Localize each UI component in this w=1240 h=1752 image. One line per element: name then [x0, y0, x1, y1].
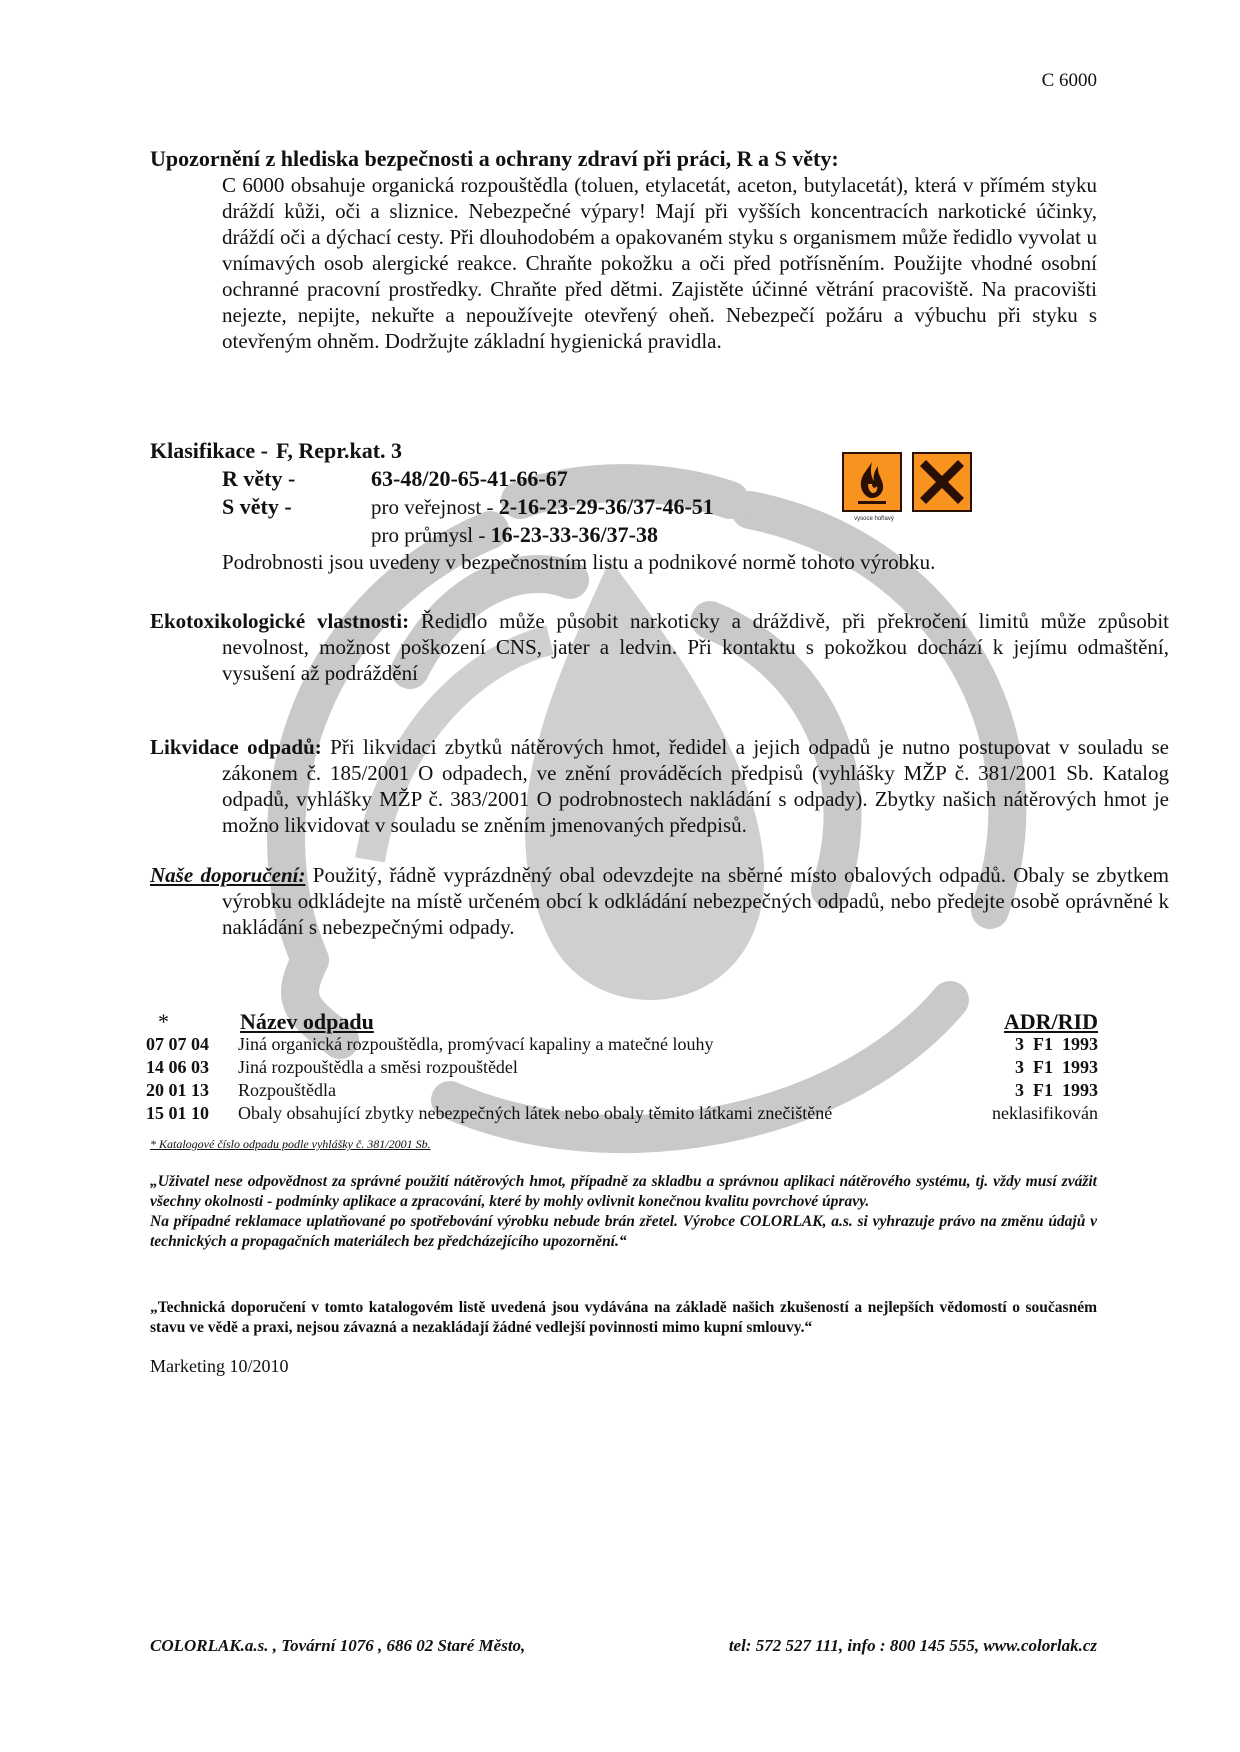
table-row: 07 07 04 Jiná organická rozpouštědla, pr…	[146, 1033, 1098, 1056]
r-phrases-value: 63-48/20-65-41-66-67	[371, 466, 568, 491]
r-phrases-label: R věty -	[222, 466, 371, 492]
header-star: *	[146, 1010, 234, 1033]
document-id: C 6000	[900, 70, 1097, 92]
flame-pictogram-label: vysoce hořlavý	[842, 516, 906, 522]
recommendation-heading: Naše doporučení:	[150, 863, 305, 887]
ecotox-section: Ekotoxikologické vlastnosti: Ředidlo můž…	[150, 608, 1169, 686]
disclaimer-paragraph-1: „Uživatel nese odpovědnost za správné po…	[150, 1172, 1097, 1212]
user-responsibility-disclaimer: „Uživatel nese odpovědnost za správné po…	[150, 1172, 1097, 1252]
s-public-prefix: pro veřejnost -	[371, 495, 499, 519]
waste-code: 07 07 04	[146, 1033, 234, 1056]
classification-line: Klasifikace - F, Repr.kat. 3	[150, 438, 402, 464]
waste-adr: neklasifikován	[968, 1102, 1098, 1125]
r-phrases-row: R věty -63-48/20-65-41-66-67	[222, 466, 568, 492]
waste-code: 15 01 10	[146, 1102, 234, 1125]
marketing-date: Marketing 10/2010	[150, 1356, 288, 1377]
waste-adr: 3 F1 1993	[968, 1033, 1098, 1056]
waste-table-footnote: * Katalogové číslo odpadu podle vyhlášky…	[150, 1137, 431, 1152]
recommendation-text: Použitý, řádně vyprázdněný obal odevzdej…	[222, 863, 1169, 939]
disposal-text: Při likvidaci zbytků nátěrových hmot, ře…	[222, 735, 1169, 837]
document-page: C 6000 Upozornění z hlediska bezpečnosti…	[0, 0, 1240, 1752]
footer-contact[interactable]: tel: 572 527 111, info : 800 145 555, ww…	[729, 1636, 1097, 1656]
page-footer: COLORLAK.a.s. , Tovární 1076 , 686 02 St…	[150, 1636, 1097, 1656]
waste-table: * Název odpadu ADR/RID 07 07 04 Jiná org…	[146, 1010, 1098, 1125]
waste-name: Jiná organická rozpouštědla, promývací k…	[234, 1033, 968, 1056]
waste-name: Jiná rozpouštědla a směsi rozpouštědel	[234, 1056, 968, 1079]
header-waste-name: Název odpadu	[234, 1010, 968, 1033]
table-row: 15 01 10 Obaly obsahující zbytky nebezpe…	[146, 1102, 1098, 1125]
s-public-value: 2-16-23-29-36/37-46-51	[499, 494, 714, 519]
waste-code: 20 01 13	[146, 1079, 234, 1102]
flame-icon	[842, 452, 902, 512]
safety-text: C 6000 obsahuje organická rozpouštědla (…	[222, 172, 1097, 354]
footer-address: COLORLAK.a.s. , Tovární 1076 , 686 02 St…	[150, 1636, 525, 1656]
technical-recommendation-disclaimer: „Technická doporučení v tomto katalogové…	[150, 1298, 1097, 1338]
waste-name: Obaly obsahující zbytky nebezpečných lát…	[234, 1102, 968, 1125]
cross-x-icon	[912, 452, 972, 512]
disposal-heading: Likvidace odpadů:	[150, 735, 322, 759]
recommendation-section: Naše doporučení: Použitý, řádně vyprázdn…	[150, 862, 1169, 940]
waste-adr: 3 F1 1993	[968, 1079, 1098, 1102]
s-phrases-row: S věty -pro veřejnost - 2-16-23-29-36/37…	[222, 494, 714, 520]
s-industry-value: 16-23-33-36/37-38	[491, 522, 658, 547]
disposal-section: Likvidace odpadů: Při likvidaci zbytků n…	[150, 734, 1169, 838]
s-industry-prefix: pro průmysl -	[371, 523, 491, 547]
classification-label: Klasifikace -	[150, 438, 268, 463]
classification-details: Podrobnosti jsou uvedeny v bezpečnostním…	[222, 550, 935, 575]
s-industry-row: pro průmysl - 16-23-33-36/37-38	[371, 522, 658, 548]
table-row: 20 01 13 Rozpouštědla 3 F1 1993	[146, 1079, 1098, 1102]
ecotox-heading: Ekotoxikologické vlastnosti:	[150, 609, 409, 633]
classification-value: F, Repr.kat. 3	[276, 438, 402, 463]
header-adr: ADR/RID	[968, 1010, 1098, 1033]
safety-heading: Upozornění z hlediska bezpečnosti a ochr…	[150, 146, 839, 172]
s-phrases-label: S věty -	[222, 494, 371, 520]
waste-name: Rozpouštědla	[234, 1079, 968, 1102]
table-row: 14 06 03 Jiná rozpouštědla a směsi rozpo…	[146, 1056, 1098, 1079]
hazard-pictograms: vysoce hořlavý	[842, 452, 982, 532]
disclaimer-paragraph-2: Na případné reklamace uplatňované po spo…	[150, 1212, 1097, 1252]
waste-adr: 3 F1 1993	[968, 1056, 1098, 1079]
waste-table-header: * Název odpadu ADR/RID	[146, 1010, 1098, 1033]
waste-code: 14 06 03	[146, 1056, 234, 1079]
